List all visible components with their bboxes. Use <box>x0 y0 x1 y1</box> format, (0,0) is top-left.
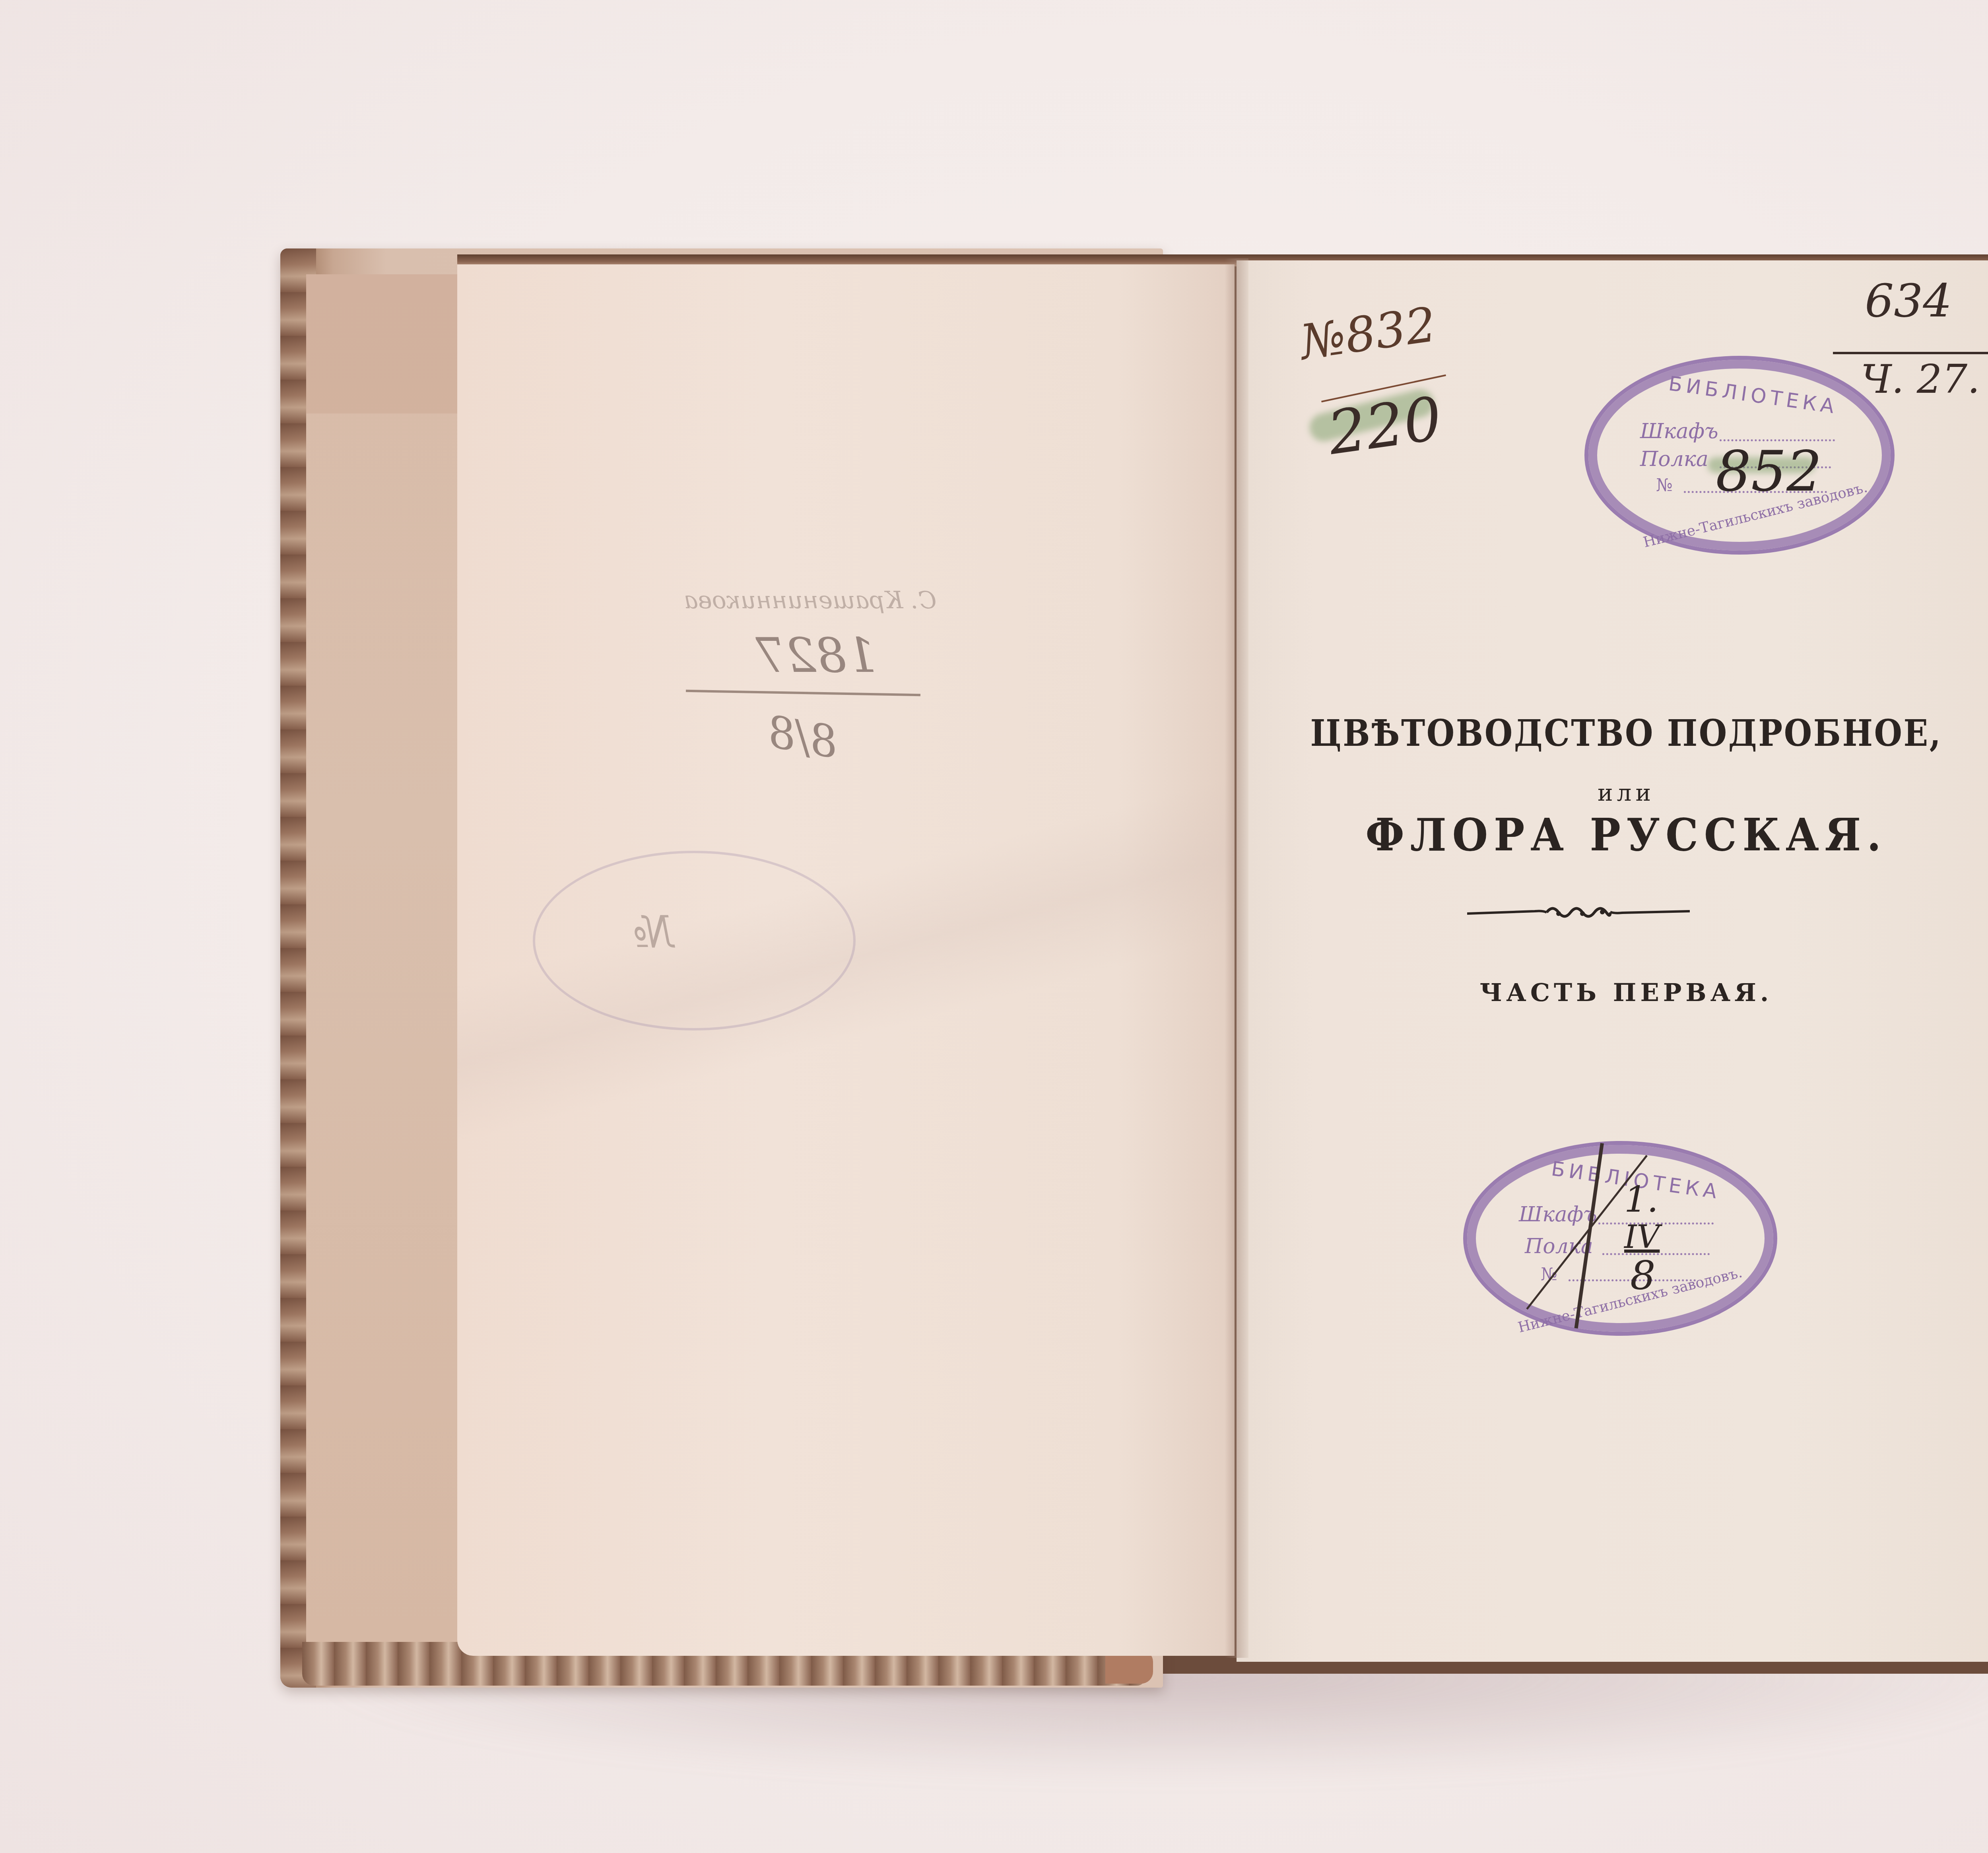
stamp-bottom-cabinet-label: Шкафъ <box>1519 1203 1597 1226</box>
pastedown-paper <box>306 274 466 1642</box>
handwritten-part-label: Ч. 27. <box>1861 356 1980 402</box>
title-line-1: ЦВѢТОВОДСТВО ПОДРОБНОЕ, <box>1283 712 1969 755</box>
handwritten-shelf-rule <box>1833 352 1988 354</box>
stamp-top-shelf-label: Полка <box>1640 447 1708 471</box>
bleed-through-inscription: С. Крашенинникова <box>684 586 937 614</box>
gutter-shadow <box>1225 258 1248 1658</box>
stamp-top-number-label: № <box>1656 475 1673 495</box>
pastedown-stain <box>306 274 465 413</box>
stamp-bottom-handwritten-shelf: IV <box>1624 1219 1660 1255</box>
stamp-bottom-handwritten-cabinet: 1. <box>1624 1179 1658 1220</box>
faint-stamp-ghost <box>533 851 856 1030</box>
stamp-top-title: БИБЛІОТЕКА <box>1667 372 1839 418</box>
library-stamp-bottom: БИБЛІОТЕКА Шкафъ Полка № 1. IV 8 Нижне-Т… <box>1463 1141 1777 1336</box>
title-line-2: ФЛОРА РУССКАЯ. <box>1268 809 1984 861</box>
stamp-top-cabinet-label: Шкафъ <box>1640 419 1718 443</box>
part-label: ЧАСТЬ ПЕРВАЯ. <box>1237 978 1988 1007</box>
ornament-divider-icon <box>1467 902 1690 922</box>
bleed-through-year: 1827 <box>755 628 877 683</box>
handwritten-shelf-number: 634 <box>1865 274 1952 328</box>
title-connector: или <box>1237 779 1988 806</box>
faint-stamp-mark: № <box>632 906 674 957</box>
library-stamp-top: БИБЛІОТЕКА Шкафъ Полка № 852 Нижне-Тагил… <box>1584 356 1895 555</box>
